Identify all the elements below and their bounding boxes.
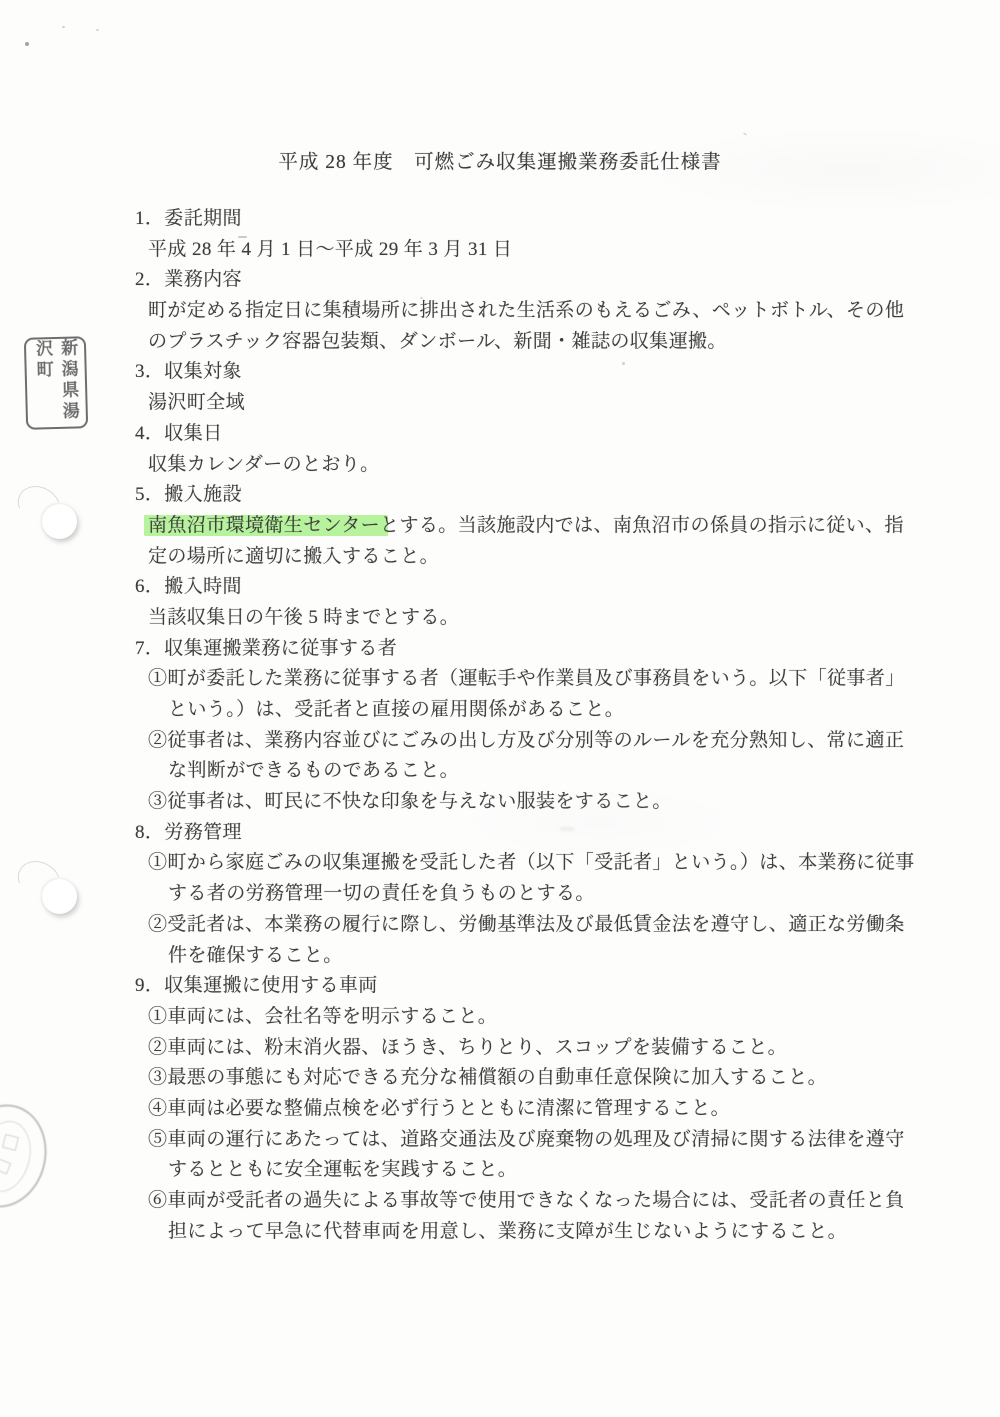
document-line: ③最悪の事態にも対応できる充分な補償額の自動車任意保険に加入すること。 — [135, 1063, 883, 1094]
document-line: 湯沢町全域 — [135, 388, 883, 419]
section-heading: 6．搬入時間 — [135, 572, 883, 603]
scan-smudge — [560, 827, 574, 831]
scan-speck — [622, 362, 625, 365]
document-line: ②車両には、粉末消火器、ほうき、ちりとり、スコップを装備すること。 — [135, 1033, 883, 1064]
section-heading: 1．委託期間 — [135, 204, 883, 235]
document-lines: 1．委託期間平成 28 年 4 月 1 日～平成 29 年 3 月 31 日2．… — [135, 204, 883, 1247]
hole-punch-mark — [42, 504, 77, 539]
document-line: な判断ができるものであること。 — [135, 756, 883, 787]
document-line: ②従事者は、業務内容並びにごみの出し方及び分別等のルールを充分熟知し、常に適正 — [135, 726, 883, 757]
document-line: 当該収集日の午後 5 時までとする。 — [135, 603, 883, 634]
partial-round-seal-stamp — [0, 1095, 57, 1217]
document-line: ④車両は必要な整備点検を必ず行うとともに清潔に管理すること。 — [135, 1094, 883, 1125]
document-line: ①町が委託した業務に従事する者（運転手や作業員及び事務員をいう。以下「従事者」 — [135, 664, 883, 695]
section-heading: 5．搬入施設 — [135, 480, 883, 511]
section-heading: 9．収集運搬に使用する車両 — [135, 971, 883, 1002]
document-line: 担によって早急に代替車両を用意し、業務に支障が生じないようにすること。 — [135, 1217, 883, 1248]
document-line: 平成 28 年 4 月 1 日～平成 29 年 3 月 31 日 — [135, 235, 883, 266]
section-heading: 4．収集日 — [135, 419, 883, 450]
highlighted-text: 南魚沼市環境衛生センター — [148, 515, 380, 536]
hole-punch-mark — [42, 879, 77, 914]
document-line: のプラスチック容器包装類、ダンボール、新聞・雑誌の収集運搬。 — [135, 327, 883, 358]
document-line: 町が定める指定日に集積場所に排出された生活系のもえるごみ、ペットボトル、その他 — [135, 296, 883, 327]
document-line: という。）は、受託者と直接の雇用関係があること。 — [135, 695, 883, 726]
section-heading: 3．収集対象 — [135, 357, 883, 388]
document-line: するとともに安全運転を実践すること。 — [135, 1155, 883, 1186]
document-line: ③従事者は、町民に不快な印象を与えない服装をすること。 — [135, 787, 883, 818]
document-line: 件を確保すること。 — [135, 941, 883, 972]
scan-speck — [238, 236, 247, 238]
document-title: 平成 28 年度 可燃ごみ収集運搬業務委託仕様書 — [0, 146, 1000, 174]
scan-speck — [25, 42, 29, 46]
section-heading: 8．労務管理 — [135, 818, 883, 849]
document-line: ②受託者は、本業務の履行に際し、労働基準法及び最低賃金法を遵守し、適正な労働条 — [135, 910, 883, 941]
rectangular-seal-stamp: 新潟県湯沢町 — [24, 336, 88, 430]
scan-speck — [420, 297, 423, 299]
seal-inner-ring — [0, 1116, 38, 1198]
document-line: 収集カレンダーのとおり。 — [135, 450, 883, 481]
document-line: ①車両には、会社名等を明示すること。 — [135, 1002, 883, 1033]
scanned-document-page: 平成 28 年度 可燃ごみ収集運搬業務委託仕様書 1．委託期間平成 28 年 4… — [0, 0, 1000, 1417]
scan-speck — [743, 132, 747, 136]
section-heading: 7．収集運搬業務に従事する者 — [135, 634, 883, 665]
document-line: ⑤車両の運行にあたっては、道路交通法及び廃棄物の処理及び清掃に関する法律を遵守 — [135, 1125, 883, 1156]
seal-text: 新潟県湯沢町 — [30, 338, 82, 427]
document-line: 定の場所に適切に搬入すること。 — [135, 542, 883, 573]
seal-column-right: 新潟県 — [58, 338, 79, 401]
section-heading: 2．業務内容 — [135, 265, 883, 296]
document-line: 南魚沼市環境衛生センターとする。当該施設内では、南魚沼市の係員の指示に従い、指 — [135, 511, 883, 542]
scan-speck — [62, 26, 65, 28]
document-line: ①町から家庭ごみの収集運搬を受託した者（以下「受託者」という。）は、本業務に従事 — [135, 848, 883, 879]
document-line: ⑥車両が受託者の過失による事故等で使用できなくなった場合には、受託者の責任と負 — [135, 1186, 883, 1217]
scan-speck — [96, 29, 99, 31]
document-line: する者の労務管理一切の責任を負うものとする。 — [135, 879, 883, 910]
